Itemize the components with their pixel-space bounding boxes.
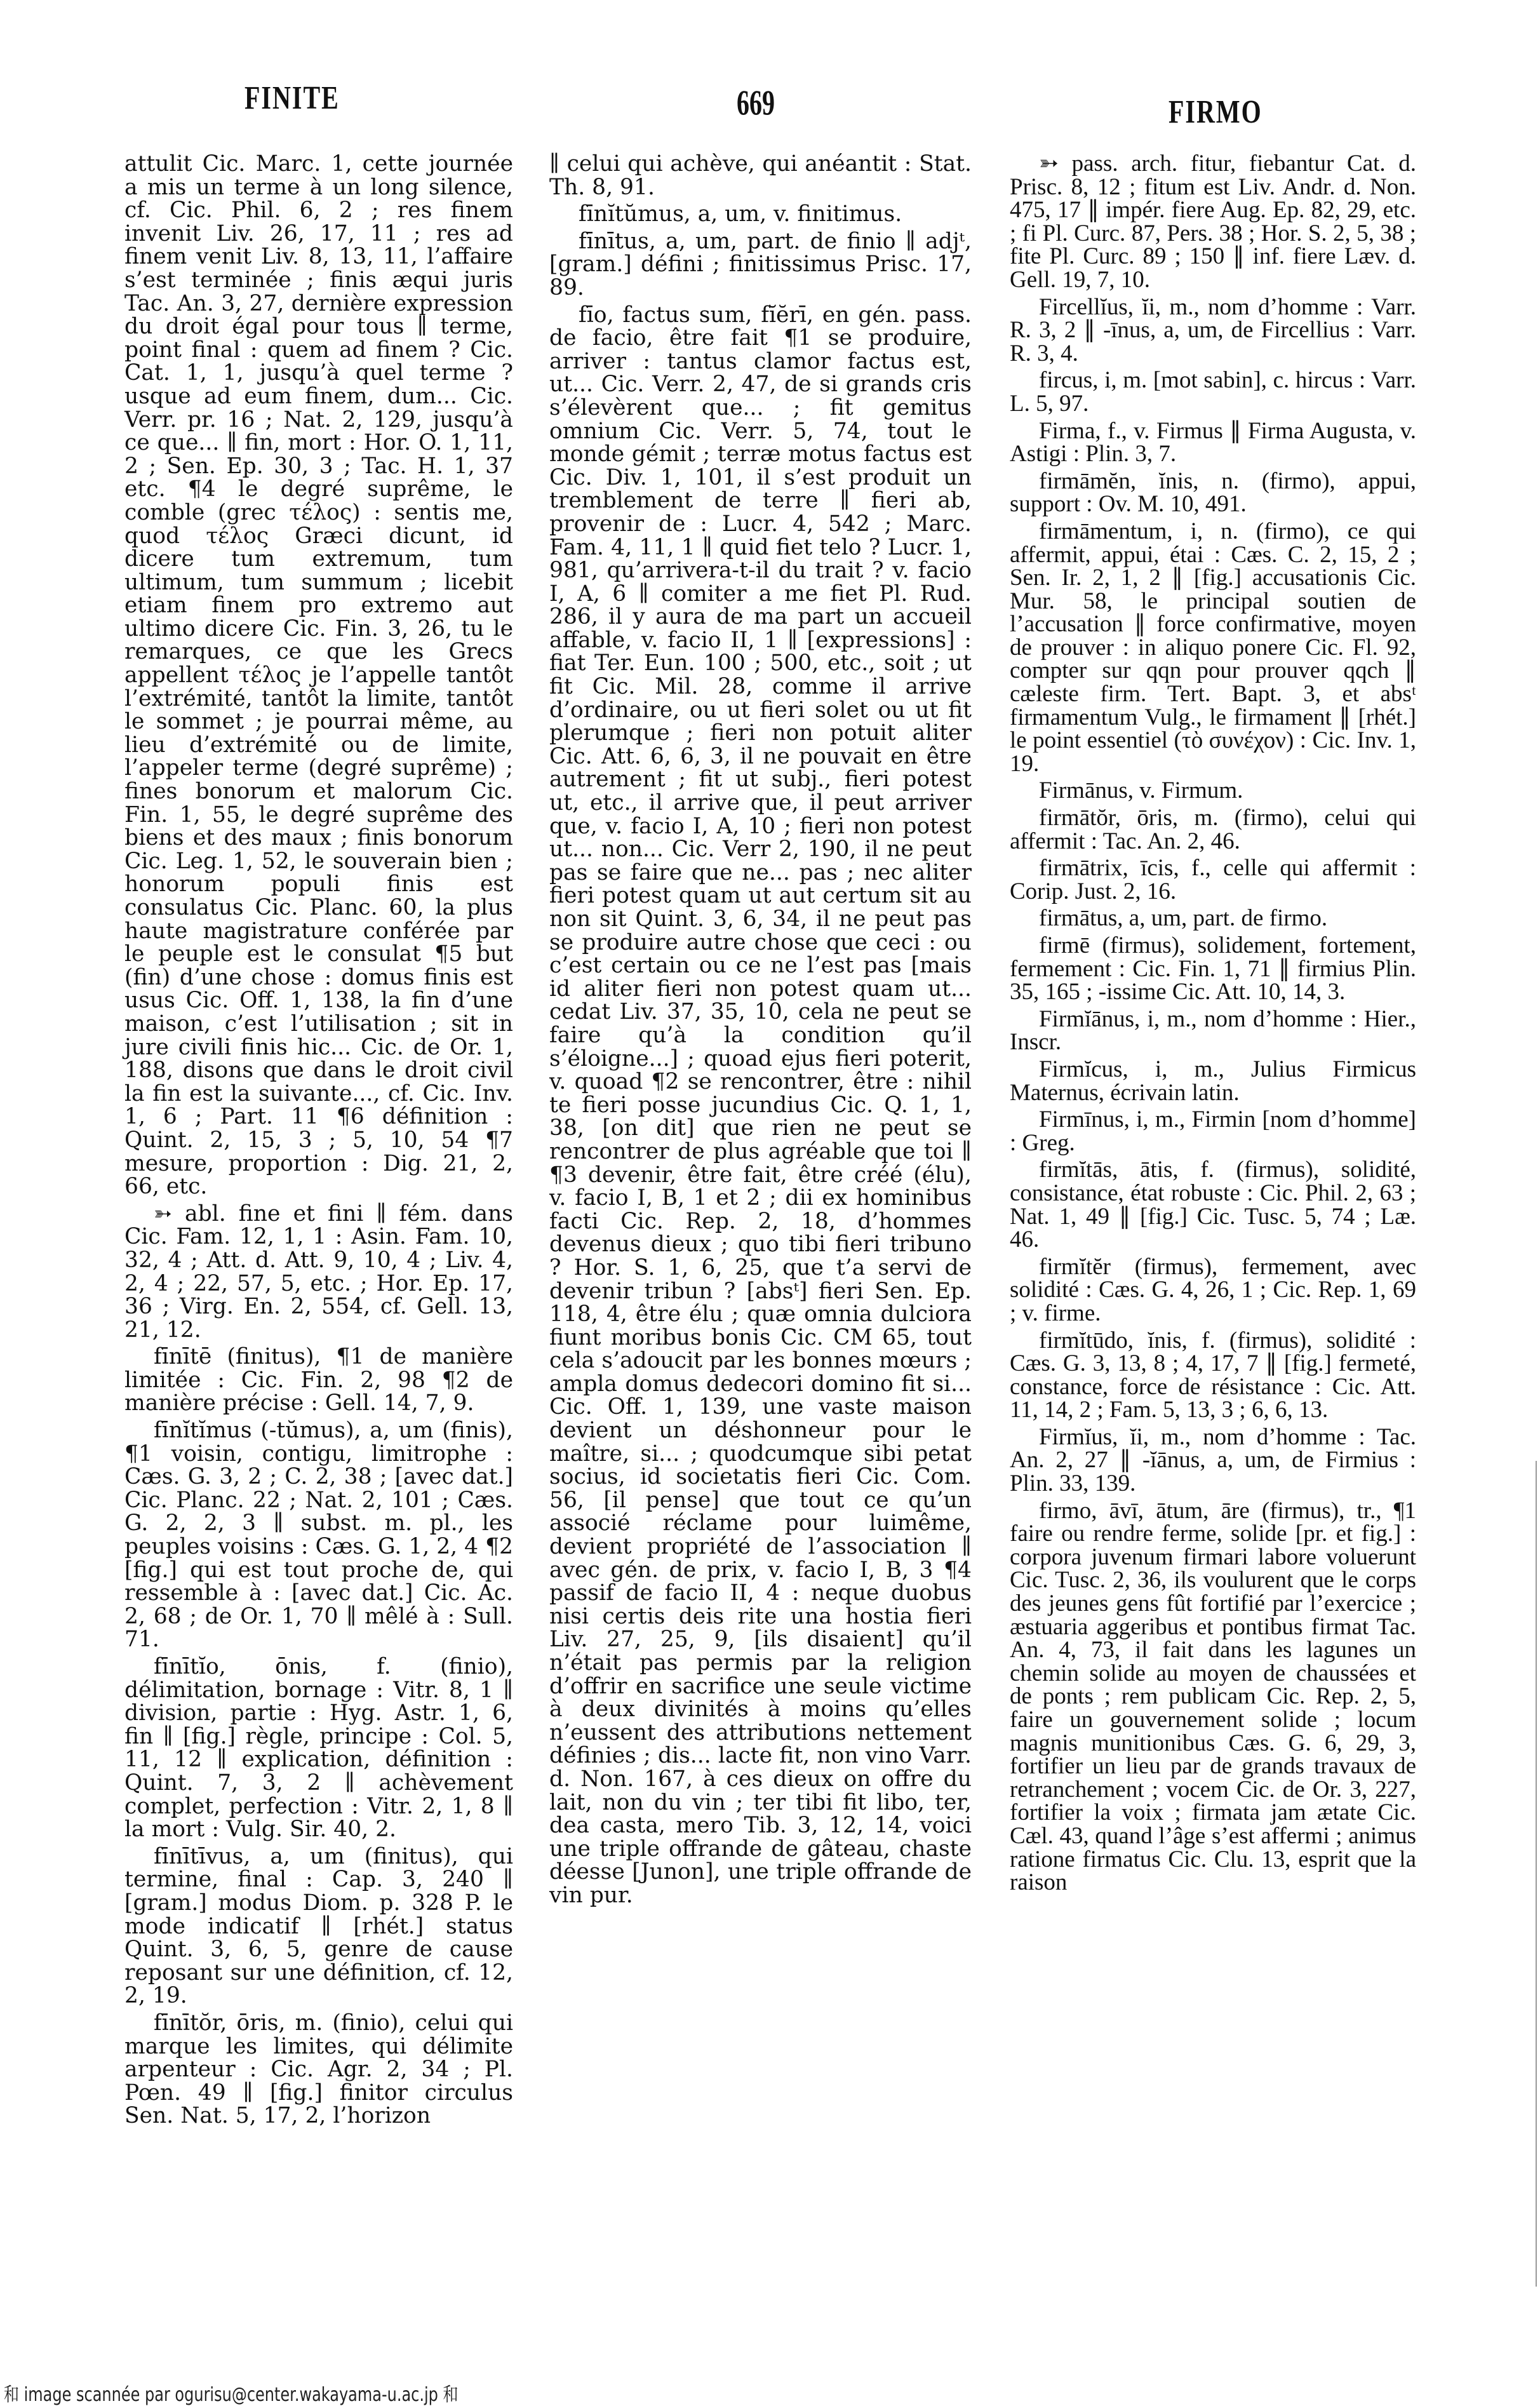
- entry-firmius: Firmĭus, ĭi, m., nom d’homme : Tac. An. …: [1010, 1426, 1416, 1496]
- entry-finitio: fīnītĭo, ōnis, f. (finio), délimitation,…: [124, 1655, 513, 1841]
- entry-finitimus: fīnĭtĭmus (-tŭmus), a, um (finis), ¶1 vo…: [124, 1419, 513, 1651]
- entry-fio-note: ➳ pass. arch. fitur, fiebantur Cat. d. P…: [1010, 152, 1416, 292]
- column-right: ➳ pass. arch. fitur, fiebantur Cat. d. P…: [1010, 152, 1416, 1899]
- column-left: attulit Cic. Marc. 1, cette journée a mi…: [124, 152, 513, 2132]
- entry-finis-continuation: attulit Cic. Marc. 1, cette journée a mi…: [124, 152, 513, 1199]
- entry-finitor-continuation: ∥ celui qui achève, qui anéantit : Stat.…: [549, 152, 972, 199]
- entry-finite: fīnītē (finitus), ¶1 de manière limitée …: [124, 1345, 513, 1415]
- entry-finis-note: ➳ abl. fine et fini ∥ fém. dans Cic. Fam…: [124, 1202, 513, 1342]
- entry-firme: firmē (firmus), solidement, fortement, f…: [1010, 934, 1416, 1004]
- entry-firmicus: Firmĭcus, i, m., Julius Firmicus Maternu…: [1010, 1058, 1416, 1105]
- entry-firmamen: firmāmĕn, ĭnis, n. (firmo), appui, suppo…: [1010, 470, 1416, 516]
- entry-fircellius: Fircellĭus, ĭi, m., nom d’homme : Varr. …: [1010, 296, 1416, 366]
- page-header: FINITE 669 FIRMO: [0, 83, 1540, 127]
- entry-firmamentum: firmāmentum, i, n. (firmo), ce qui affer…: [1010, 520, 1416, 776]
- entry-firmitas: firmĭtās, ātis, f. (firmus), solidité, c…: [1010, 1159, 1416, 1251]
- entry-firmatus: firmātus, a, um, part. de firmo.: [1010, 907, 1416, 931]
- entry-finitivus: fīnītīvus, a, um (finitus), qui termine,…: [124, 1845, 513, 2008]
- entry-firminus: Firmīnus, i, m., Firmin [nom d’homme] : …: [1010, 1108, 1416, 1155]
- entry-firmiter: firmĭtĕr (firmus), fermement, avec solid…: [1010, 1256, 1416, 1326]
- entry-firmo: firmo, āvī, ātum, āre (firmus), tr., ¶1 …: [1010, 1500, 1416, 1895]
- entry-finitus: fīnītus, a, um, part. de finio ∥ adjᵗ, […: [549, 230, 972, 300]
- entry-firmatrix: firmātrix, īcis, f., celle qui affermit …: [1010, 857, 1416, 903]
- entry-firmanus: Firmānus, v. Firmum.: [1010, 779, 1416, 803]
- entry-fircus: fircus, i, m. [mot sabin], c. hircus : V…: [1010, 369, 1416, 415]
- entry-firma: Firma, f., v. Firmus ∥ Firma Augusta, v.…: [1010, 420, 1416, 466]
- column-middle: ∥ celui qui achève, qui anéantit : Stat.…: [549, 152, 972, 1911]
- scan-credit: 和 image scannée par ogurisu@center.wakay…: [4, 2379, 459, 2406]
- entry-fio: fīo, factus sum, fĭĕrī, en gén. pass. de…: [549, 304, 972, 1907]
- left-guideword: FINITE: [244, 78, 340, 117]
- entry-firmianus: Firmĭānus, i, m., nom d’homme : Hier., I…: [1010, 1008, 1416, 1054]
- page-number: 669: [737, 82, 775, 124]
- scan-edge-line: [1536, 1461, 1537, 2287]
- entry-finitumus: fīnĭtŭmus, a, um, v. finitimus.: [549, 203, 972, 226]
- entry-firmitudo: firmĭtūdo, ĭnis, f. (firmus), solidité :…: [1010, 1329, 1416, 1422]
- right-guideword: FIRMO: [1168, 92, 1262, 131]
- entry-finitor: fīnītŏr, ōris, m. (finio), celui qui mar…: [124, 2012, 513, 2128]
- entry-firmator: firmātŏr, ōris, m. (firmo), celui qui af…: [1010, 807, 1416, 853]
